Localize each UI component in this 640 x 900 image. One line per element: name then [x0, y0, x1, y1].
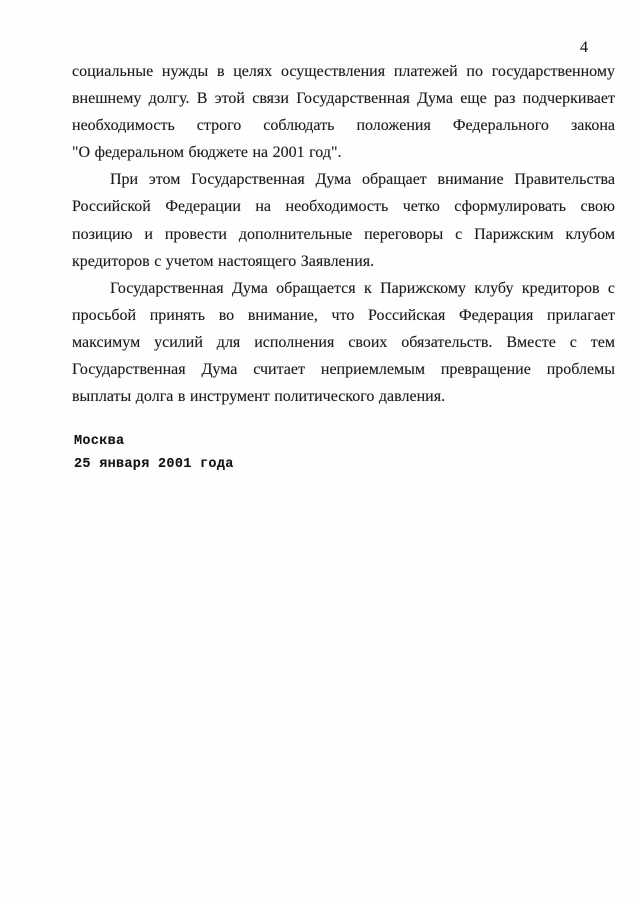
body-paragraph: Государственная Дума обращается к Парижс… [72, 275, 615, 410]
page-number: 4 [498, 40, 588, 56]
document-body: социальные нужды в целях осуществления п… [72, 58, 615, 410]
footer-city: Москва [74, 431, 234, 454]
text-line: кредиторов с учетом настоящего Заявления… [72, 248, 615, 275]
text-line: позицию и провести дополнительные перего… [72, 221, 615, 248]
text-line: Государственная Дума считает неприемлемы… [72, 356, 615, 383]
body-paragraph: социальные нужды в целях осуществления п… [72, 58, 615, 166]
footer-date: 25 января 2001 года [74, 454, 234, 477]
text-line: При этом Государственная Дума обращает в… [72, 166, 615, 193]
text-line: социальные нужды в целях осуществления п… [72, 58, 615, 85]
text-line: максимум усилий для исполнения своих обя… [72, 329, 615, 356]
text-line: Российской Федерации на необходимость че… [72, 193, 615, 220]
scanned-document-page: 4 социальные нужды в целях осуществления… [0, 0, 640, 900]
text-line: внешнему долгу. В этой связи Государстве… [72, 85, 615, 112]
text-line: Государственная Дума обращается к Парижс… [72, 275, 615, 302]
body-paragraph: При этом Государственная Дума обращает в… [72, 166, 615, 274]
text-line: "О федеральном бюджете на 2001 год". [72, 139, 615, 166]
text-line: выплаты долга в инструмент политического… [72, 383, 615, 410]
text-line: необходимость строго соблюдать положения… [72, 112, 615, 139]
document-footer: Москва 25 января 2001 года [74, 431, 234, 476]
text-line: просьбой принять во внимание, что Россий… [72, 302, 615, 329]
